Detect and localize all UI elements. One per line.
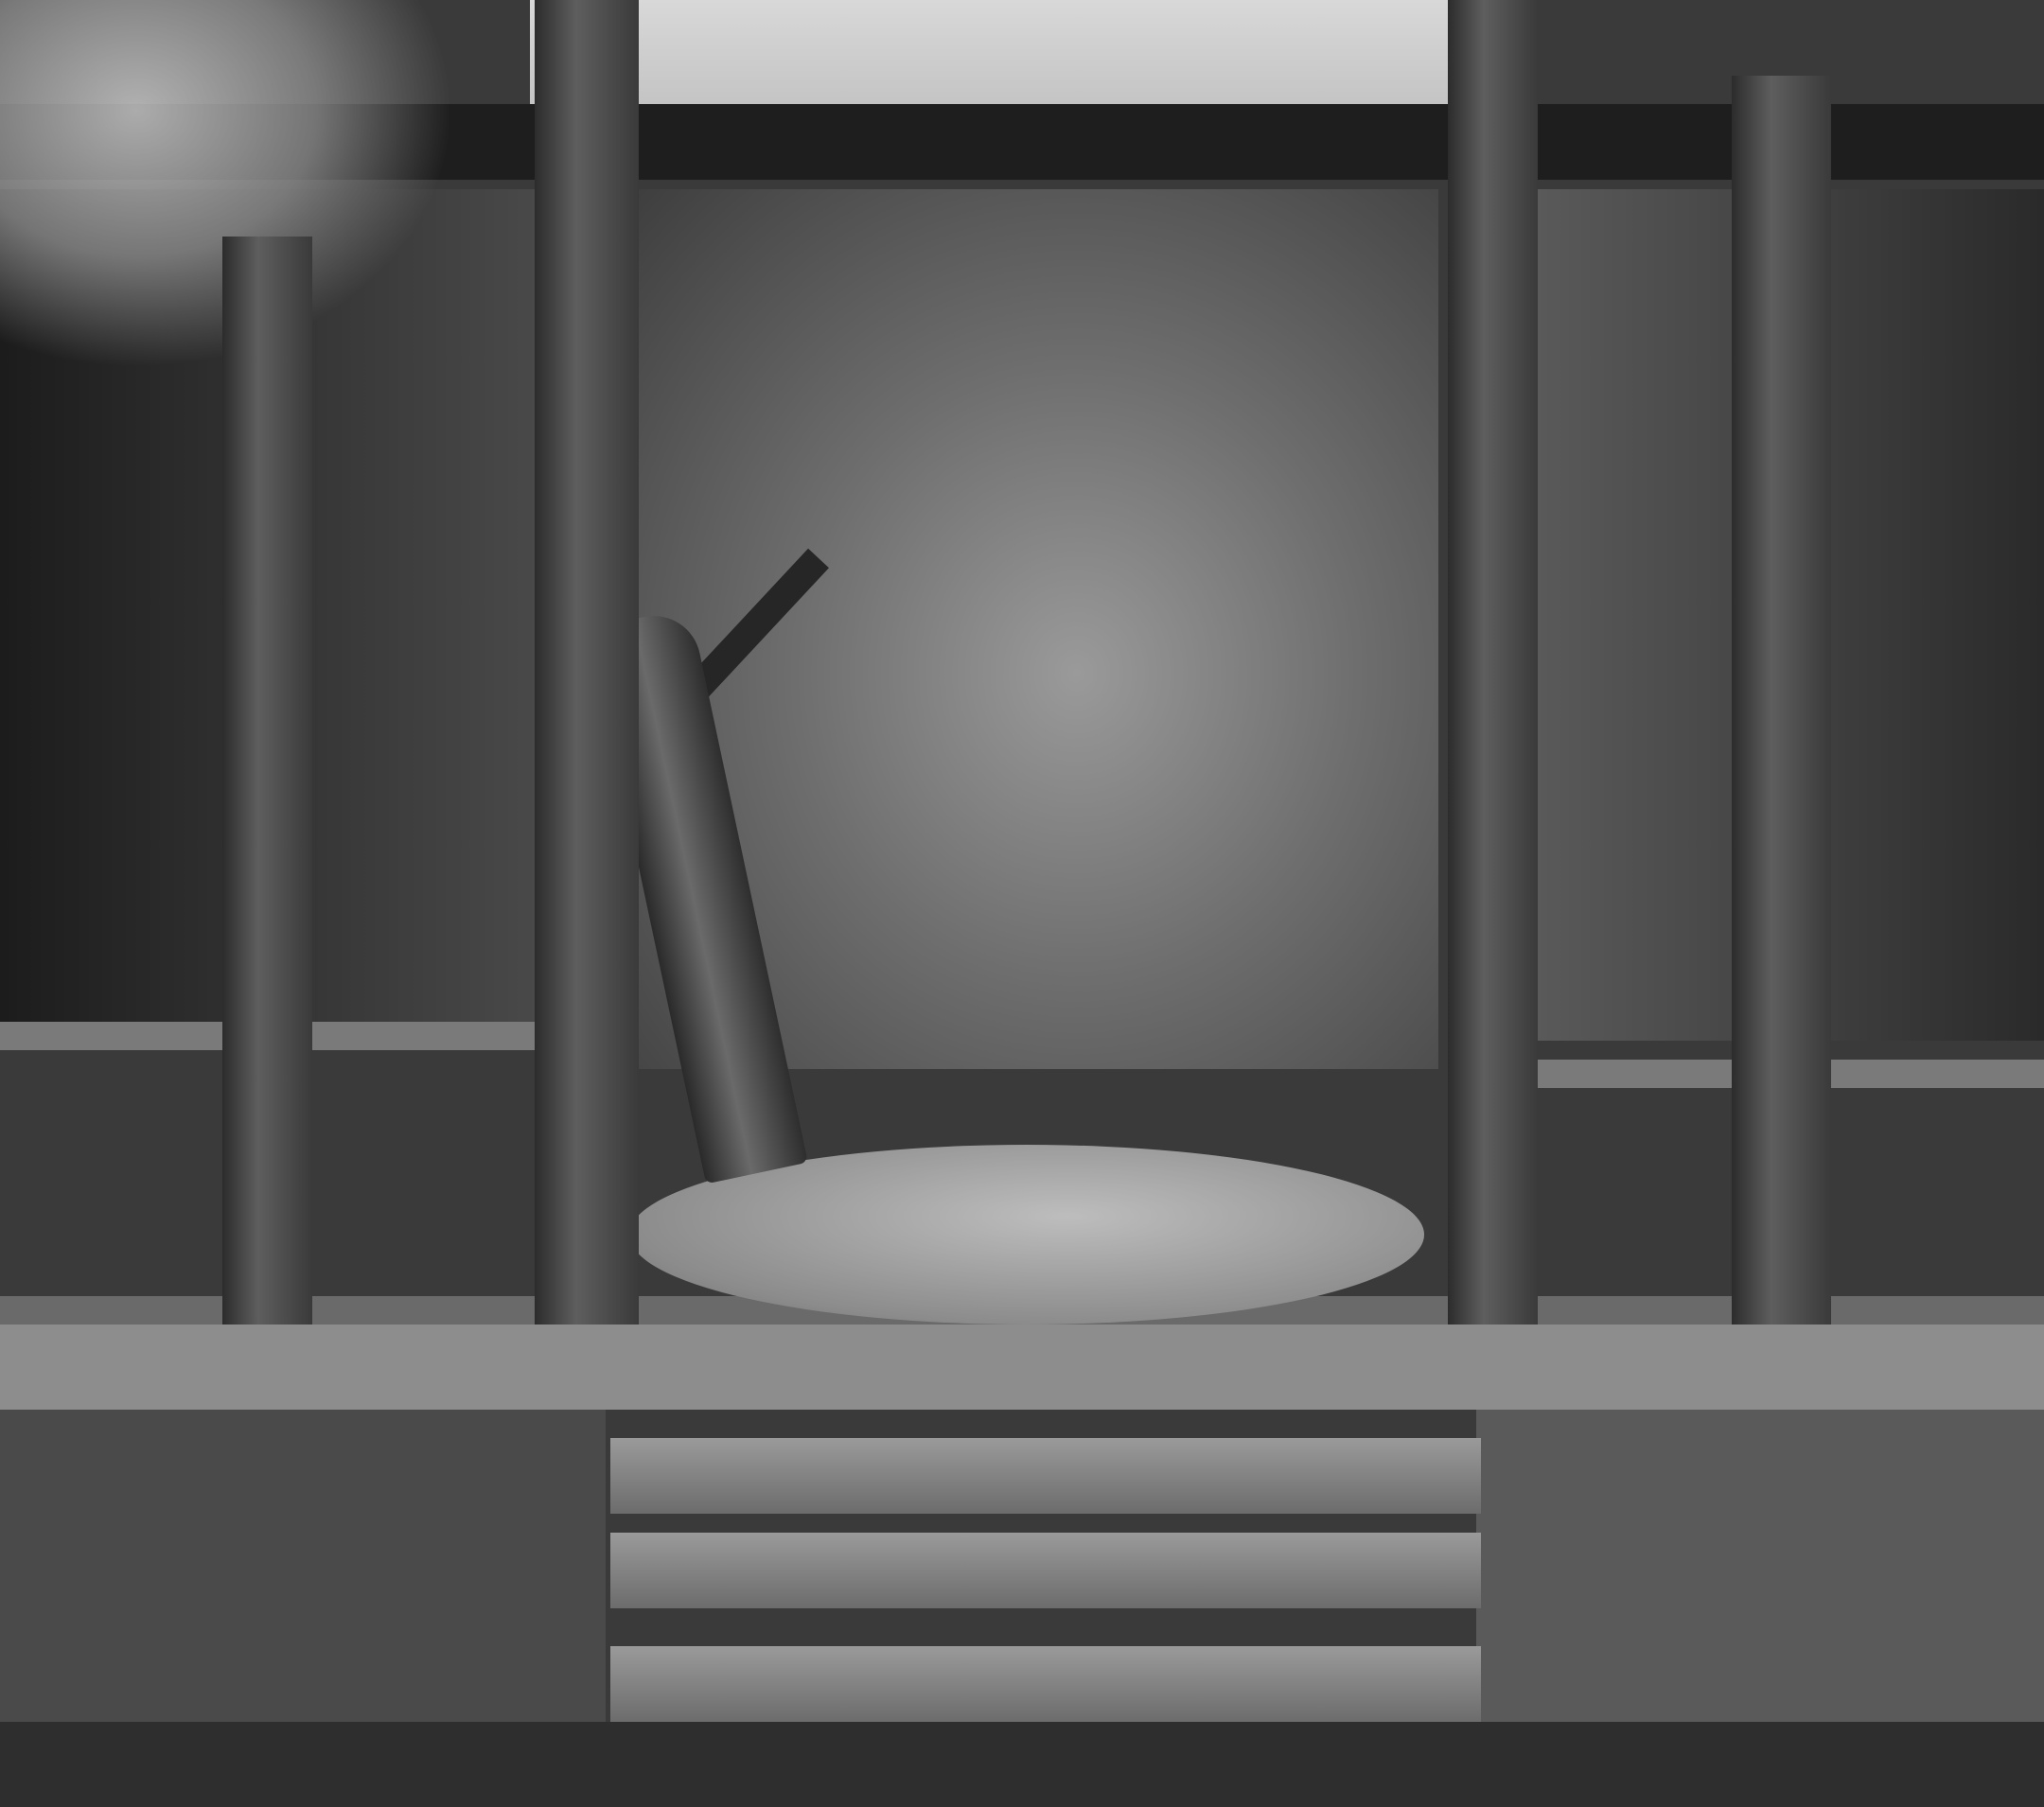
step: [610, 1533, 1481, 1608]
porch-post: [1448, 0, 1538, 1391]
step: [610, 1646, 1481, 1722]
photograph: [0, 0, 2044, 1807]
ground-leaves: [0, 1722, 2044, 1807]
porch-post: [222, 237, 312, 1400]
porch-post: [1732, 76, 1831, 1391]
porch-post: [535, 0, 639, 1400]
porch-floor: [0, 1325, 2044, 1410]
step: [610, 1438, 1481, 1514]
